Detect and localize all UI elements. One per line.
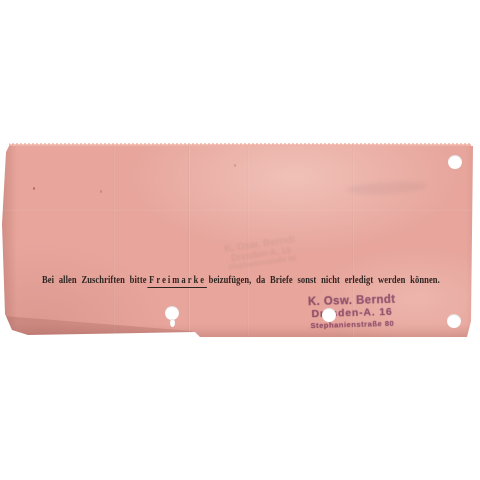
notice-suffix: beizufügen, da Briefe sonst nicht erledi… [209,275,440,286]
punch-hole-left [165,306,179,320]
faint-smudge [347,180,428,196]
paper-speck [100,190,102,193]
punch-hole-top-right [448,155,462,169]
paper-perforated-top-edge [9,142,471,146]
paper-slip: K. Osw. Berndt Dresden-A. 16 Stephaniens… [2,146,473,337]
stamp-street-line: Stephanienstraße 80 [298,320,406,331]
punch-hole-center [322,308,336,322]
notice-prefix: Bei allen Zuschriften bitte [42,275,147,286]
punch-hole-tear [170,319,175,327]
paper-speck [33,187,35,190]
freimarke-emphasis: Freimarke [147,275,206,288]
punch-hole-bottom-right [447,314,461,328]
notice-text: Bei allen Zuschriften bitteFreimarkebeiz… [42,275,440,288]
paper-speck [234,164,236,167]
ghost-stamp-impression: K. Osw. Berndt Dresden-A. 16 Stephaniens… [204,231,319,275]
fold-crease [188,146,190,337]
scanned-document-background: K. Osw. Berndt Dresden-A. 16 Stephaniens… [0,0,480,480]
horizontal-crease [2,210,473,212]
fold-crease [113,146,115,337]
address-rubber-stamp: K. Osw. Berndt Dresden-A. 16 Stephaniens… [298,293,407,330]
